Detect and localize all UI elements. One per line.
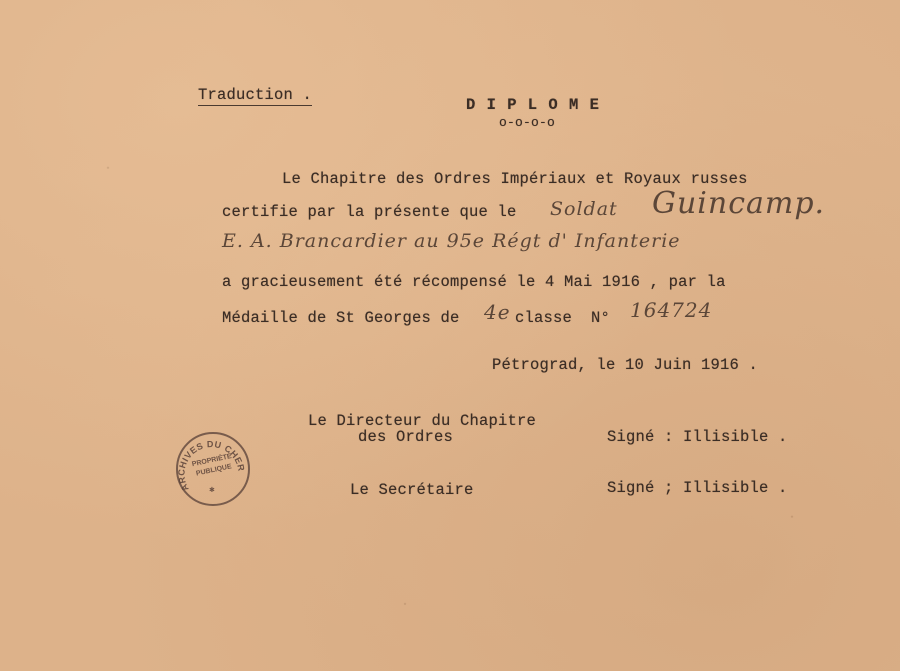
- archives-stamp: ARCHIVES DU CHER PROPRIÉTÉ PUBLIQUE ✱: [176, 432, 250, 506]
- handwritten-rank: Soldat: [550, 198, 618, 220]
- diploma-document: Traduction . D I P L O M E o-o-o-o Le Ch…: [0, 0, 900, 671]
- body-line-2-typed: certifie par la présente que le: [222, 203, 517, 221]
- signatory-2-role: Le Secrétaire: [350, 481, 474, 499]
- body-line-5-typed-a: Médaille de St Georges de: [222, 309, 460, 327]
- body-line-4: a gracieusement été récompensé le 4 Mai …: [222, 273, 726, 291]
- title-ornament: o-o-o-o: [499, 115, 555, 130]
- handwritten-unit-line: E. A. Brancardier au 95e Régt d' Infante…: [222, 230, 681, 252]
- signatory-1-role-line-2: des Ordres: [358, 428, 453, 446]
- diploma-title: D I P L O M E: [466, 96, 600, 114]
- signatory-1-signed: Signé : Illisible .: [607, 428, 788, 446]
- handwritten-medal-number: 164724: [630, 298, 712, 322]
- signatory-2-signed: Signé ; Illisible .: [607, 479, 788, 497]
- place-and-date: Pétrograd, le 10 Juin 1916 .: [492, 356, 758, 374]
- body-line-5-typed-b: classe N°: [515, 309, 610, 327]
- translation-heading: Traduction .: [198, 86, 312, 106]
- handwritten-name: Guincamp.: [652, 186, 825, 221]
- handwritten-class: 4e: [484, 300, 511, 324]
- star-icon: ✱: [209, 486, 215, 494]
